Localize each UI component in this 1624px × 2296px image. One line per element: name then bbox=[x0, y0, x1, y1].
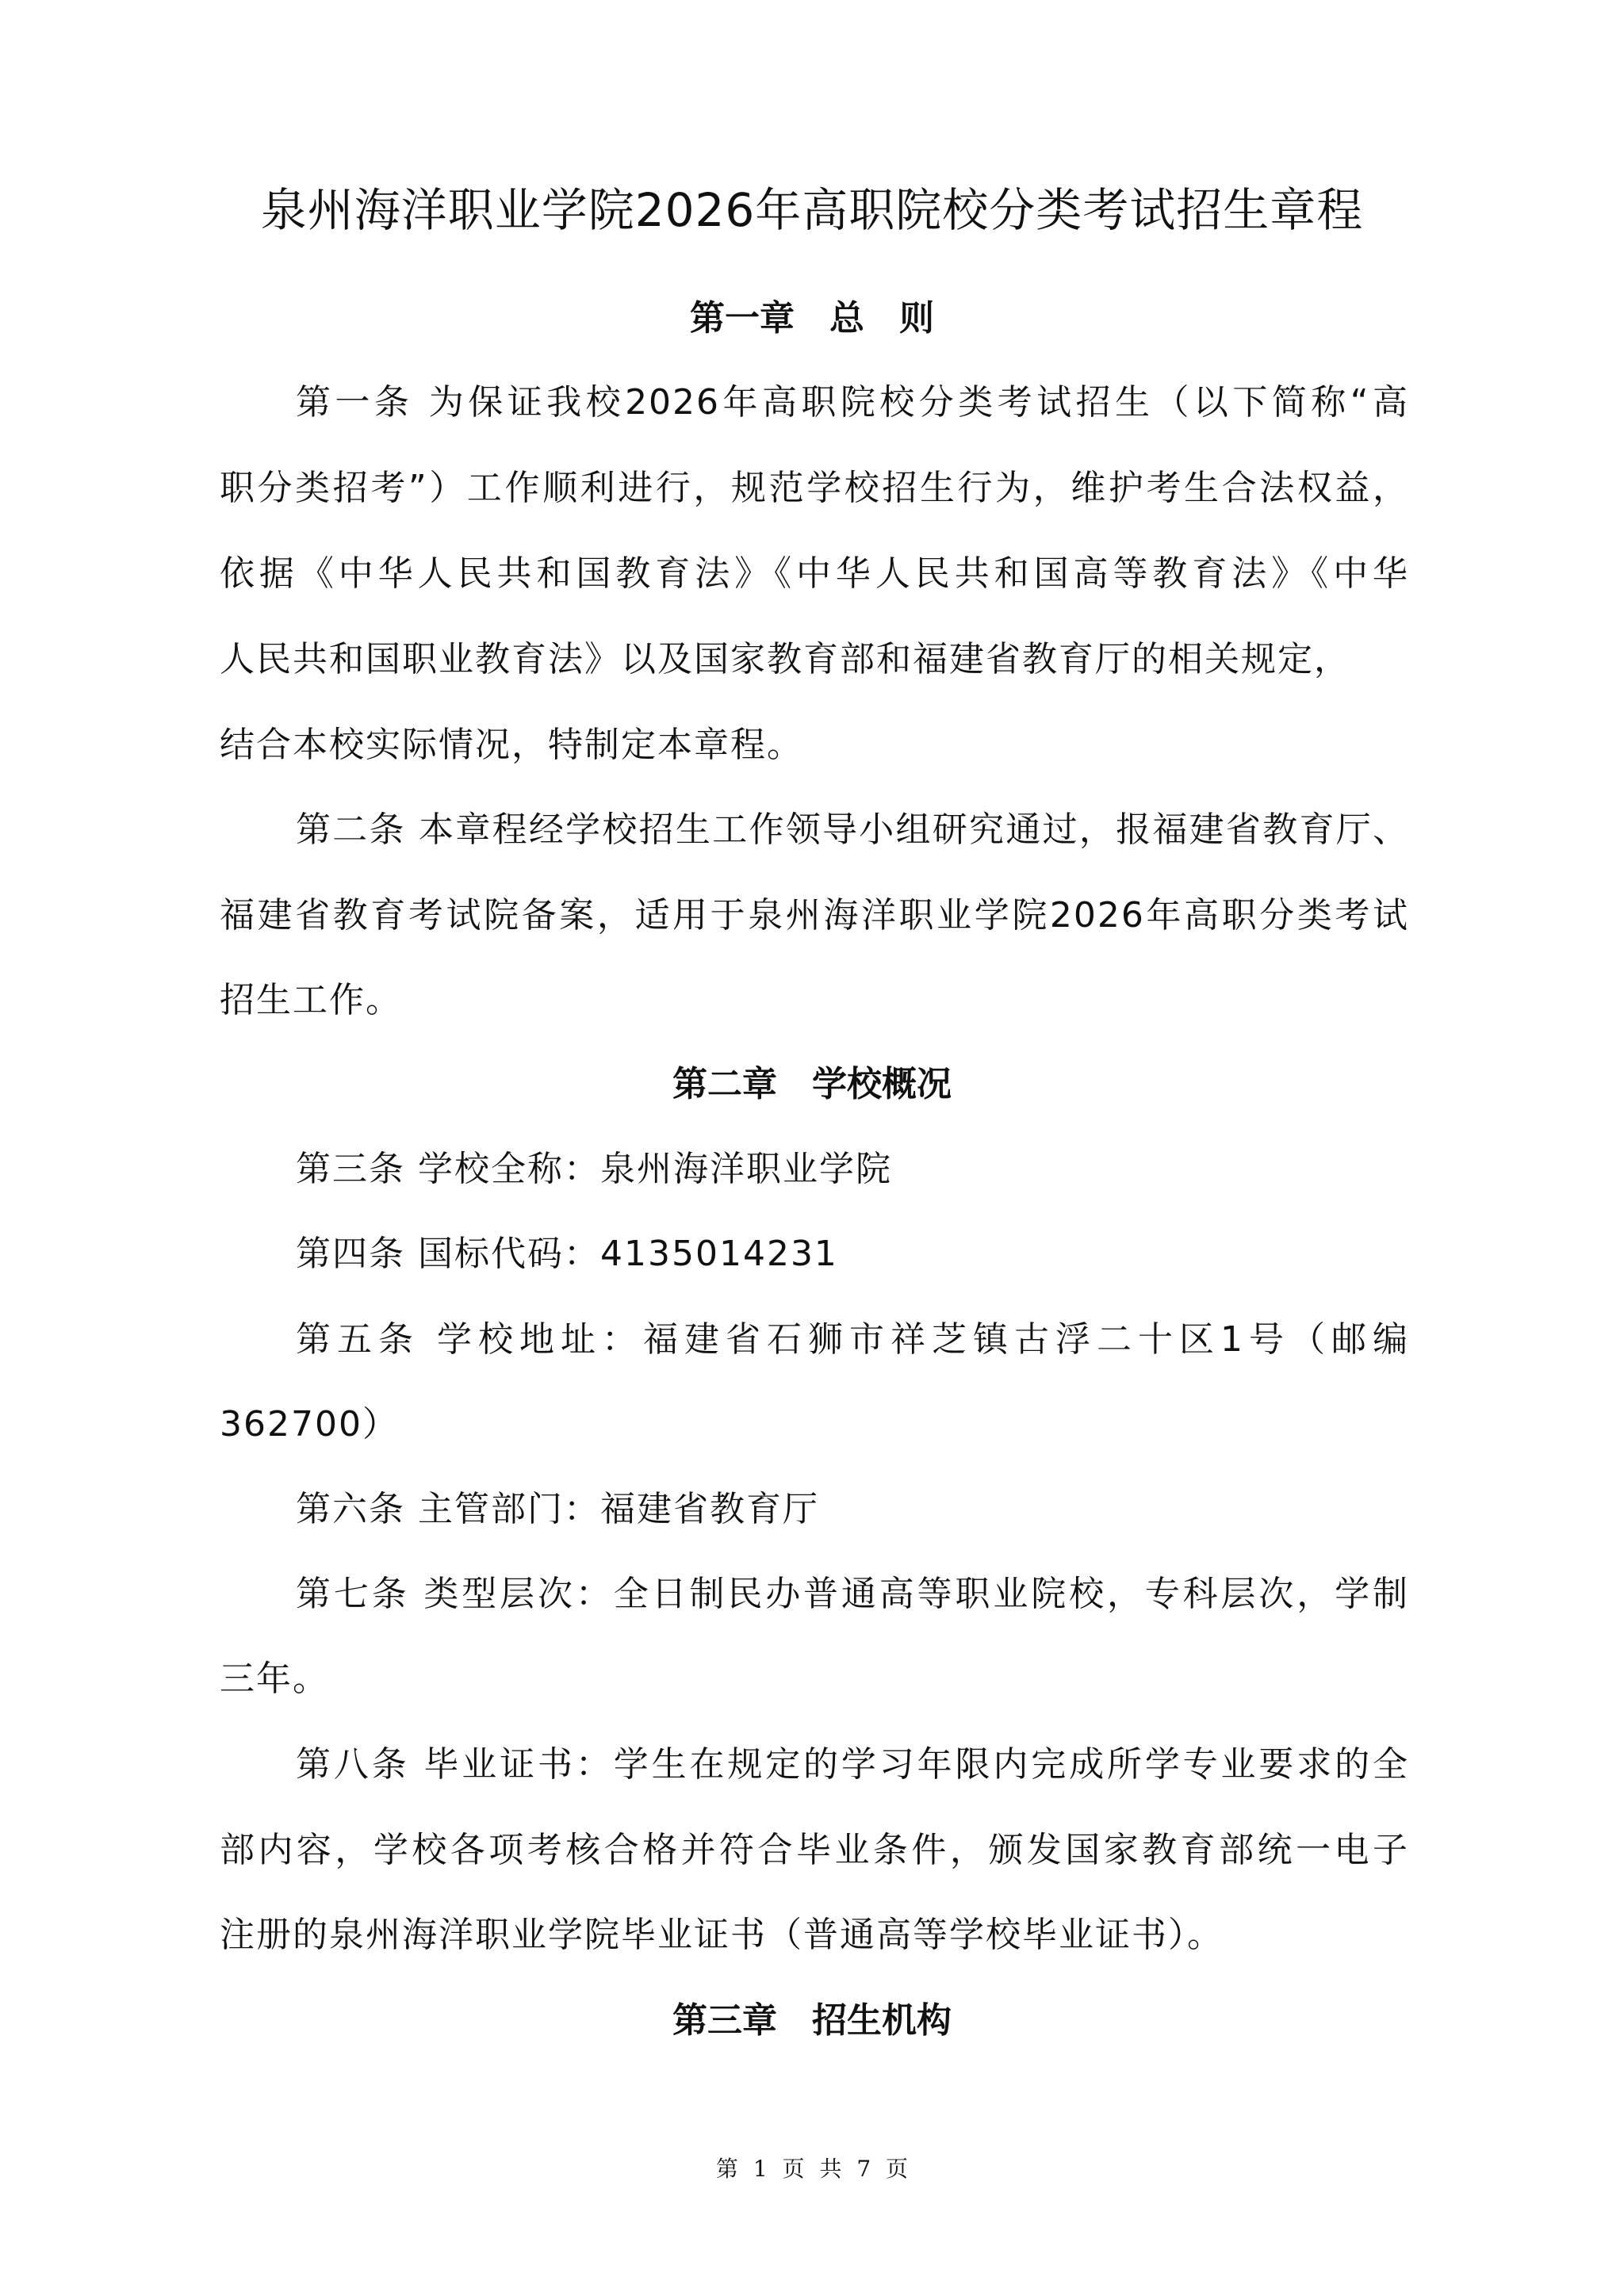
article-2-line: 招生工作。 bbox=[220, 977, 1409, 1024]
chapter-heading-3: 第三章 招生机构 bbox=[0, 1997, 1624, 2045]
page-number-footer: 第 1 页 共 7 页 bbox=[0, 2155, 1624, 2183]
article-6-line: 第六条 主管部门：福建省教育厅 bbox=[296, 1486, 1409, 1533]
article-1-line: 职分类招考”）工作顺利进行，规范学校招生行为，维护考生合法权益， bbox=[220, 465, 1409, 512]
article-1-line: 依据《中华人民共和国教育法》《中华人民共和国高等教育法》《中华 bbox=[220, 550, 1409, 598]
article-5-line: 362700） bbox=[220, 1401, 1409, 1448]
article-1-line: 人民共和国职业教育法》以及国家教育部和福建省教育厅的相关规定， bbox=[220, 636, 1409, 683]
article-2-line: 福建省教育考试院备案，适用于泉州海洋职业学院2026年高职分类考试 bbox=[220, 892, 1409, 939]
article-2-line: 第二条 本章程经学校招生工作领导小组研究通过，报福建省教育厅、 bbox=[296, 806, 1409, 854]
document-title: 泉州海洋职业学院2026年高职院校分类考试招生章程 bbox=[0, 182, 1624, 238]
chapter-heading-1: 第一章 总 则 bbox=[0, 295, 1624, 342]
article-1-line: 第一条 为保证我校2026年高职院校分类考试招生（以下简称“高 bbox=[296, 379, 1409, 427]
article-8-line: 注册的泉州海洋职业学院毕业证书（普通高等学校毕业证书）。 bbox=[220, 1911, 1409, 1959]
article-5-line: 第五条 学校地址：福建省石狮市祥芝镇古浮二十区1号（邮编 bbox=[296, 1316, 1409, 1364]
article-8-line: 第八条 毕业证书：学生在规定的学习年限内完成所学专业要求的全 bbox=[296, 1741, 1409, 1789]
article-8-line: 部内容，学校各项考核合格并符合毕业条件，颁发国家教育部统一电子 bbox=[220, 1827, 1409, 1874]
article-3-line: 第三条 学校全称：泉州海洋职业学院 bbox=[296, 1146, 1409, 1193]
article-7-line: 三年。 bbox=[220, 1655, 1409, 1703]
chapter-heading-2: 第二章 学校概况 bbox=[0, 1061, 1624, 1108]
article-4-line: 第四条 国标代码：4135014231 bbox=[296, 1230, 1409, 1278]
article-7-line: 第七条 类型层次：全日制民办普通高等职业院校，专科层次，学制 bbox=[296, 1571, 1409, 1618]
article-1-line: 结合本校实际情况，特制定本章程。 bbox=[220, 721, 1409, 769]
